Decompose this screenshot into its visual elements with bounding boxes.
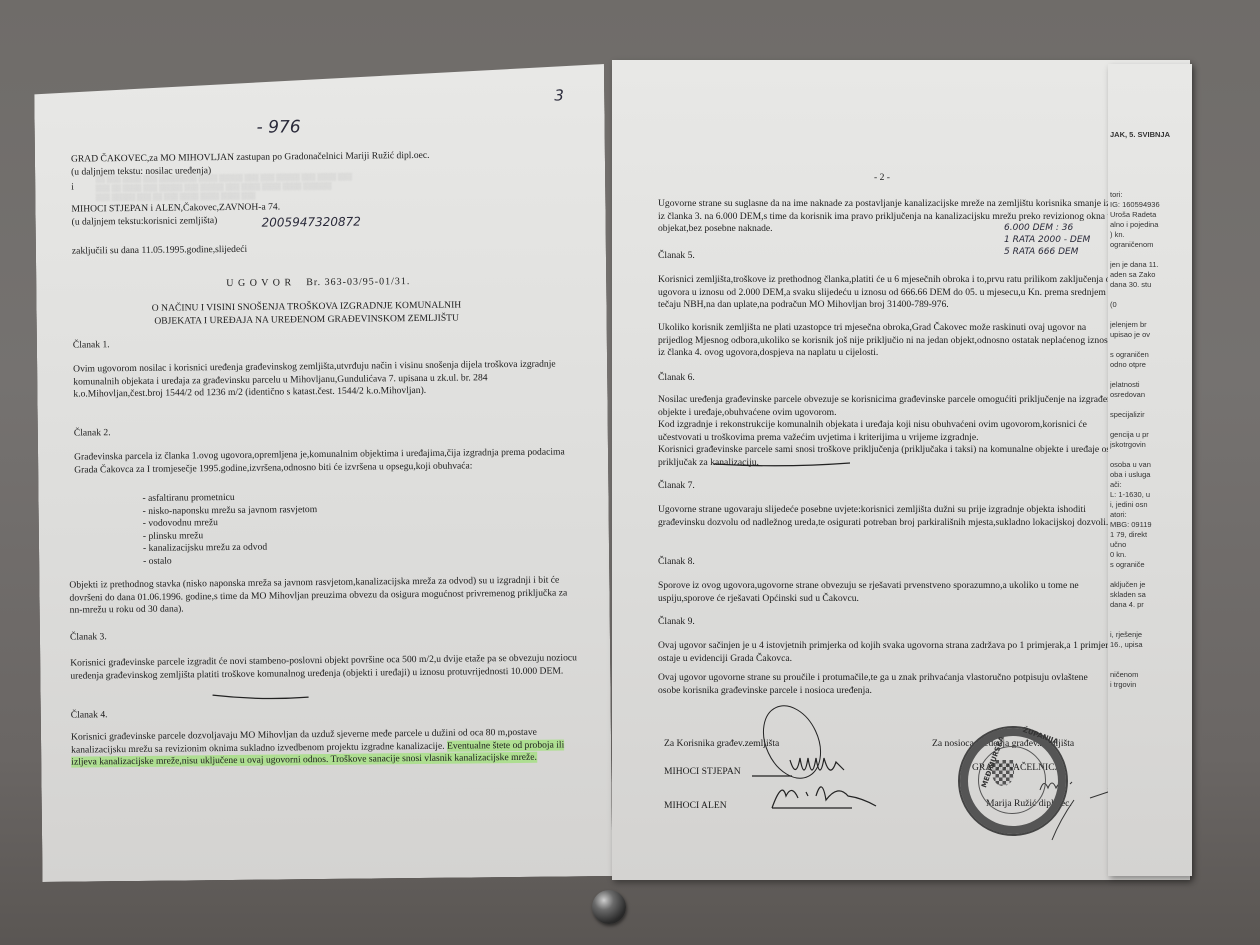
article-6-body: Nosilac uređenja građevinske parcele obv… <box>658 394 1133 470</box>
third-page-line: skladen sa <box>1110 590 1192 600</box>
third-page-line: jelenjem br <box>1110 320 1192 330</box>
third-page-line <box>1110 340 1192 350</box>
third-page-line: dana 4. pr <box>1110 600 1192 610</box>
third-page-line: učno <box>1110 540 1192 550</box>
article-7-heading: Članak 7. <box>658 480 695 493</box>
article-3-heading: Članak 3. <box>70 631 107 644</box>
third-page-line: s ograničen <box>1110 350 1192 360</box>
third-page-line: s ograniče <box>1110 560 1192 570</box>
handwritten-calculation: 6.000 DEM : 36 1 RATA 2000 - DEM 5 RATA … <box>1004 222 1090 258</box>
third-page-line: jen je dana 11. <box>1110 260 1192 270</box>
handwritten-id: 2005947320872 <box>262 215 361 230</box>
article-6-para-2: Kod izgradnje i rekonstrukcije komunalni… <box>658 419 1133 444</box>
signer-1: MIHOCI STJEPAN <box>664 766 741 779</box>
third-page-line: 1 79, direkt <box>1110 530 1192 540</box>
third-page-line <box>1110 420 1192 430</box>
article-6-para-1: Nosilac uređenja građevinske parcele obv… <box>658 394 1133 419</box>
note-line: 6.000 DEM : 36 <box>1004 222 1090 234</box>
third-page-lines: tori:IG: 160594936Uroša Radetaalno i poj… <box>1110 190 1192 690</box>
article-5-para-1: Korisnici zemljišta,troškove iz prethodn… <box>658 274 1128 312</box>
third-page-line: aključen je <box>1110 580 1192 590</box>
article-6-heading: Članak 6. <box>658 372 695 385</box>
third-page-line: ničenom <box>1110 670 1192 680</box>
third-page-line: i, rješenje <box>1110 630 1192 640</box>
third-page-line <box>1110 290 1192 300</box>
article-7-text: Ugovorne strane ugovaraju slijedeće pose… <box>658 504 1128 529</box>
third-page-header: JAK, 5. SVIBNJA <box>1110 130 1192 140</box>
third-page-line: specijalizir <box>1110 410 1192 420</box>
article-4-heading: Članak 4. <box>71 709 108 722</box>
article-1-text: Ovim ugovorom nosilac i korisnici uređen… <box>73 358 573 401</box>
conjunction: i <box>71 182 74 195</box>
title-word: U G O V O R <box>226 277 292 289</box>
third-page-line: alno i pojedina <box>1110 220 1192 230</box>
concluded-line: zaključili su dana 11.05.1995.godine,sli… <box>72 244 247 258</box>
third-page-line: osoba u van <box>1110 460 1192 470</box>
third-page-line <box>1110 660 1192 670</box>
third-page-line <box>1110 400 1192 410</box>
third-page-line: 0 kn. <box>1110 550 1192 560</box>
article-9-heading: Članak 9. <box>658 616 695 629</box>
third-page-line: ograničenom <box>1110 240 1192 250</box>
third-page-line: jelatnosti <box>1110 380 1192 390</box>
contract-title: U G O V O R Br. 363-03/95-01/31. <box>226 276 410 291</box>
article-2-text: Građevinska parcela iz članka 1.ovog ugo… <box>74 446 574 476</box>
pen-underline <box>712 460 852 470</box>
article-2-list: - asfaltiranu prometnicu - nisko-naponsk… <box>142 490 443 569</box>
third-page-line: L: 1-1630, u <box>1110 490 1192 500</box>
third-page-text: JAK, 5. SVIBNJA tori:IG: 160594936Uroša … <box>1110 130 1192 840</box>
signature-scribble <box>752 700 912 810</box>
article-5-para-2: Ukoliko korisnik zemljišta ne plati uzas… <box>658 322 1118 360</box>
third-page-line: dana 30. stu <box>1110 280 1192 290</box>
third-page-line: aden sa Zako <box>1110 270 1192 280</box>
article-2-heading: Članak 2. <box>74 427 111 440</box>
article-9-para-1: Ovaj ugovor sačinjen je u 4 istovjetnih … <box>658 640 1128 665</box>
third-page-line <box>1110 250 1192 260</box>
third-page-line: IG: 160594936 <box>1110 200 1192 210</box>
third-page-line <box>1110 450 1192 460</box>
redacted-text: ░░ ░░░ ░░░░ ░░░ ░░░░░░░░ ░░░░ ░░░░░ ░░░ … <box>95 170 565 202</box>
third-page-line: ači: <box>1110 480 1192 490</box>
note-line: 1 RATA 2000 - DEM <box>1004 234 1090 246</box>
article-8-text: Sporove iz ovog ugovora,ugovorne strane … <box>658 580 1128 605</box>
article-3-body: Korisnici građevinske parcele izgradit ć… <box>70 652 577 681</box>
third-page-line <box>1110 610 1192 620</box>
magnet-pin-icon <box>592 890 626 924</box>
contract-subtitle: O NAČINU I VISINI SNOŠENJA TROŠKOVA IZGR… <box>96 299 516 329</box>
third-page-line: (0 <box>1110 300 1192 310</box>
article-3-text: Korisnici građevinske parcele izgradit ć… <box>70 652 580 683</box>
pen-underline <box>211 691 311 702</box>
third-page-line <box>1110 620 1192 630</box>
article-3-amount: 10.000 DEM. <box>511 665 564 677</box>
contract-page-2: 4 - 2 - Ugovorne strane su suglasne da n… <box>612 60 1190 880</box>
page-number: - 2 - <box>812 172 952 185</box>
article-5-heading: Članak 5. <box>658 250 695 263</box>
third-page-line: jskotrgovin <box>1110 440 1192 450</box>
article-8-heading: Članak 8. <box>658 556 695 569</box>
third-page-line: i trgovin <box>1110 680 1192 690</box>
third-page-line: atori: <box>1110 510 1192 520</box>
article-1-heading: Članak 1. <box>73 339 110 352</box>
article-2-text-2: Objekti iz prethodnog stavka (nisko napo… <box>69 574 579 617</box>
article-4-text: Korisnici građevinske parcele dozvoljava… <box>71 726 581 769</box>
third-page-line: MBG: 09119 <box>1110 520 1192 530</box>
official-stamp: MEĐIMURSKA ŽUPANIJA <box>958 726 1068 836</box>
third-page-line <box>1110 310 1192 320</box>
contract-number: Br. 363-03/95-01/31. <box>306 276 410 288</box>
third-page-line: oba i usluga <box>1110 470 1192 480</box>
third-page-line: ) kn. <box>1110 230 1192 240</box>
third-page-line: gencija u pr <box>1110 430 1192 440</box>
third-page-line: upisao je ov <box>1110 330 1192 340</box>
third-page-line <box>1110 570 1192 580</box>
handwritten-number: - 976 <box>257 117 301 137</box>
third-page-line: odno otpre <box>1110 360 1192 370</box>
third-page-line: osredovan <box>1110 390 1192 400</box>
article-9-para-2: Ovaj ugovor ugovorne strane su proučile … <box>658 672 1098 697</box>
third-page-line <box>1110 370 1192 380</box>
third-page-line: 16., upisa <box>1110 640 1192 650</box>
signer-2: MIHOCI ALEN <box>664 800 727 813</box>
third-page-line: Uroša Radeta <box>1110 210 1192 220</box>
note-line: 5 RATA 666 DEM <box>1004 246 1090 258</box>
third-page-line: i, jedini osn <box>1110 500 1192 510</box>
contract-page-1: 3 - 976 GRAD ČAKOVEC,za MO MIHOVLJAN zas… <box>34 64 612 882</box>
page-mark: 3 <box>554 86 564 104</box>
third-page-line <box>1110 650 1192 660</box>
third-page-line: tori: <box>1110 190 1192 200</box>
